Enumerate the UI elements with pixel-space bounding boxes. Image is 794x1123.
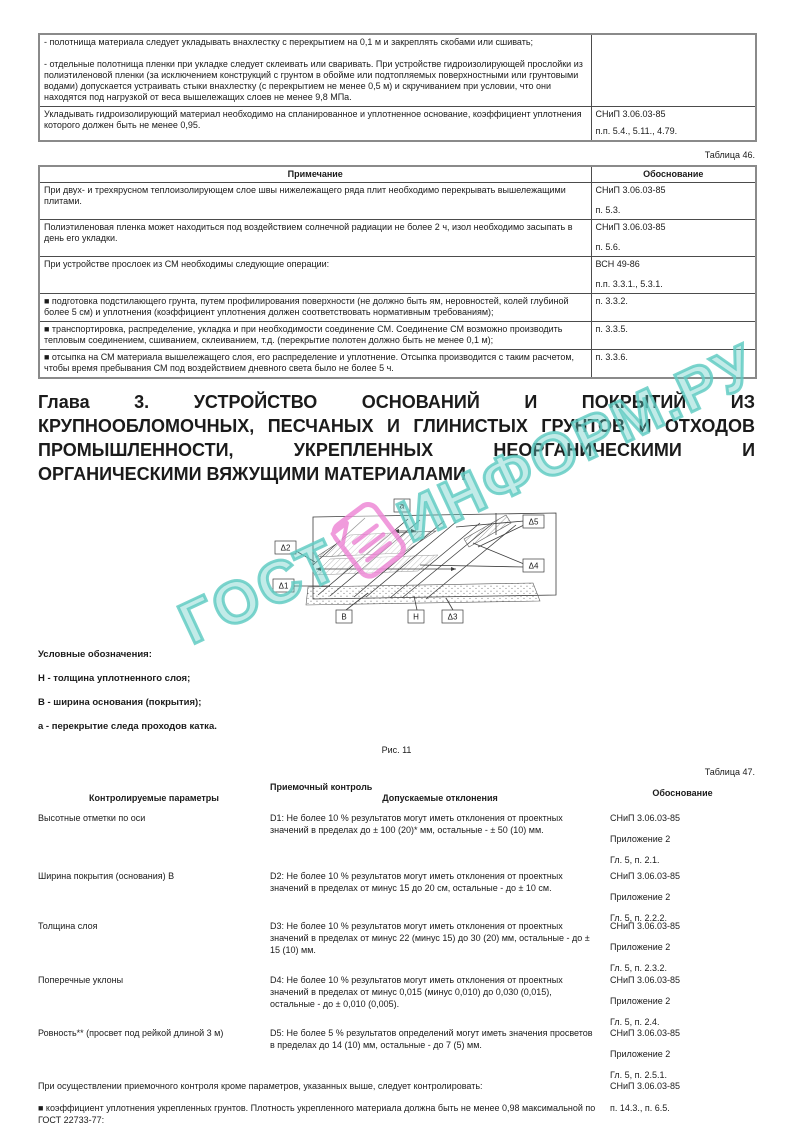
- basis-text: СНиП 3.06.03-85: [596, 222, 752, 233]
- legend-line: Н - толщина уплотненного слоя;: [38, 673, 755, 684]
- deviation-cell: D1: Не более 10 % результатов могут имет…: [270, 812, 610, 875]
- table-row: Полиэтиленовая пленка может находиться п…: [39, 220, 756, 257]
- basis-text: СНиП 3.06.03-85: [596, 109, 752, 120]
- column-header-group: Приемочный контроль: [270, 782, 610, 792]
- table-row: Поперечные уклоны D4: Не более 10 % резу…: [38, 974, 755, 1027]
- basis-text: Приложение 2: [610, 995, 741, 1007]
- basis-text: СНиП 3.06.03-85: [596, 185, 752, 196]
- diagram-label-h: Н: [408, 610, 424, 623]
- legend-line: Условные обозначения:: [38, 649, 755, 660]
- chapter-heading-line: КРУПНООБЛОМОЧНЫХ, ПЕСЧАНЫХ И ГЛИНИСТЫХ Г…: [38, 414, 755, 438]
- chapter-heading-line: Глава 3. УСТРОЙСТВО ОСНОВАНИЙ И ПОКРЫТИЙ…: [38, 390, 755, 414]
- basis-text: СНиП 3.06.03-85: [610, 1027, 741, 1039]
- table-46: Примечание Обоснование При двух- и трехя…: [38, 165, 757, 379]
- note-cell: ■ подготовка подстилающего грунта, путем…: [39, 294, 591, 322]
- table-row: Ровность** (просвет под рейкой длиной 3 …: [38, 1027, 755, 1080]
- table-row: ■ коэффициент уплотнения укрепленных гру…: [38, 1102, 755, 1123]
- bullet-text: ■ коэффициент уплотнения укрепленных гру…: [38, 1102, 610, 1123]
- basis-cell: п. 3.3.2.: [591, 294, 756, 322]
- table-row: - полотнища материала следует укладывать…: [39, 34, 756, 107]
- table-47: Контролируемые параметры Приемочный конт…: [38, 782, 755, 1123]
- table46-caption: Таблица 46.: [38, 150, 755, 160]
- figure-caption: Рис. 11: [38, 745, 755, 755]
- basis-cell: ВСН 49-86 п.п. 3.3.1., 5.3.1.: [591, 257, 756, 294]
- basis-text: Приложение 2: [610, 833, 741, 845]
- diagram-label-d2: Δ2: [275, 541, 296, 554]
- basis-text: п. 5.6.: [596, 242, 752, 253]
- table-row: ■ отсыпка на СМ материала вышележащего с…: [39, 350, 756, 379]
- table-row: При осуществлении приемочного контроля к…: [38, 1080, 755, 1102]
- basis-text: п. 5.3.: [596, 205, 752, 216]
- note-cell: ■ отсыпка на СМ материала вышележащего с…: [39, 350, 591, 379]
- column-header-basis: Обоснование: [610, 788, 755, 798]
- basis-text: СНиП 3.06.03-85: [610, 920, 741, 932]
- basis-cell: СНиП 3.06.03-85 п. 5.6.: [591, 220, 756, 257]
- svg-text:Δ5: Δ5: [529, 518, 539, 527]
- note-cell: ■ транспортировка, распределение, укладк…: [39, 322, 591, 350]
- note-text: Укладывать гидроизолирующий материал нео…: [44, 109, 587, 131]
- note-cell: При устройстве прослоек из СМ необходимы…: [39, 257, 591, 294]
- basis-text: п.п. 3.3.1., 5.3.1.: [596, 279, 752, 290]
- footer-text: При осуществлении приемочного контроля к…: [38, 1080, 610, 1102]
- basis-text: Приложение 2: [610, 891, 741, 903]
- table-47-header: Контролируемые параметры Приемочный конт…: [38, 782, 755, 803]
- table-header-row: Примечание Обоснование: [39, 166, 756, 183]
- document-page: - полотнища материала следует укладывать…: [0, 0, 794, 1123]
- legend-line: а - перекрытие следа проходов катка.: [38, 721, 755, 732]
- table-row: Укладывать гидроизолирующий материал нео…: [39, 107, 756, 142]
- figure-legend: Условные обозначения: Н - толщина уплотн…: [38, 649, 755, 732]
- table-row: Ширина покрытия (основания) В D2: Не бол…: [38, 870, 755, 920]
- figure-11-diagram: а Δ5 Δ2 Δ4 Δ1: [38, 493, 755, 645]
- basis-cell: СНиП 3.06.03-85 п.п. 5.4., 5.11., 4.79.: [591, 107, 756, 142]
- column-header-note: Примечание: [39, 166, 591, 183]
- svg-text:Δ4: Δ4: [529, 562, 539, 571]
- chapter-heading-line: ОРГАНИЧЕСКИМИ ВЯЖУЩИМИ МАТЕРИАЛАМИ: [38, 462, 755, 486]
- note-text: - полотнища материала следует укладывать…: [44, 37, 587, 48]
- diagram-label-d4: Δ4: [523, 559, 544, 572]
- basis-cell: п. 3.3.5.: [591, 322, 756, 350]
- table47-caption: Таблица 47.: [38, 767, 755, 777]
- basis-cell: п. 3.3.6.: [591, 350, 756, 379]
- svg-text:Δ2: Δ2: [281, 544, 291, 553]
- diagram-label-b: В: [336, 610, 352, 623]
- table-row: Высотные отметки по оси D1: Не более 10 …: [38, 812, 755, 870]
- note-cell: При двух- и трехярусном теплоизолирующем…: [39, 183, 591, 220]
- basis-text: Гл. 5, п. 2.3.2.: [610, 962, 741, 974]
- diagram-label-d1: Δ1: [273, 579, 294, 592]
- basis-text: ВСН 49-86: [596, 259, 752, 270]
- basis-cell: СНиП 3.06.03-85 Приложение 2 Гл. 5, п. 2…: [610, 812, 755, 875]
- basis-cell: СНиП 3.06.03-85: [610, 1080, 755, 1102]
- svg-text:Н: Н: [413, 613, 419, 622]
- basis-text: СНиП 3.06.03-85: [610, 812, 741, 824]
- basis-text: Приложение 2: [610, 941, 741, 953]
- basis-text: Гл. 5, п. 2.1.: [610, 854, 741, 866]
- note-cell: - полотнища материала следует укладывать…: [39, 34, 591, 107]
- chapter-heading-line: ПРОМЫШЛЕННОСТИ, УКРЕПЛЕННЫХ НЕОРГАНИЧЕСК…: [38, 438, 755, 462]
- basis-cell: СНиП 3.06.03-85 п. 5.3.: [591, 183, 756, 220]
- table-row: При двух- и трехярусном теплоизолирующем…: [39, 183, 756, 220]
- continued-table: - полотнища материала следует укладывать…: [38, 33, 757, 142]
- diagram-label-a: а: [394, 499, 410, 512]
- basis-text: Приложение 2: [610, 1048, 741, 1060]
- table-row: Толщина слоя D3: Не более 10 % результат…: [38, 920, 755, 974]
- legend-line: В - ширина основания (покрытия);: [38, 697, 755, 708]
- basis-text: СНиП 3.06.03-85: [610, 974, 741, 986]
- note-cell: Укладывать гидроизолирующий материал нео…: [39, 107, 591, 142]
- note-text: - отдельные полотнища пленки при укладке…: [44, 59, 587, 103]
- basis-cell: [591, 34, 756, 107]
- param-cell: Высотные отметки по оси: [38, 812, 270, 875]
- table-row: При устройстве прослоек из СМ необходимы…: [39, 257, 756, 294]
- svg-text:Δ1: Δ1: [279, 582, 289, 591]
- road-layers-sketch: а Δ5 Δ2 Δ4 Δ1: [268, 495, 568, 645]
- svg-text:а: а: [400, 502, 405, 511]
- basis-text: п.п. 5.4., 5.11., 4.79.: [596, 126, 752, 137]
- basis-cell: п. 14.3., п. 6.5.: [610, 1102, 755, 1123]
- table-row: ■ транспортировка, распределение, укладк…: [39, 322, 756, 350]
- table-row: ■ подготовка подстилающего грунта, путем…: [39, 294, 756, 322]
- column-header-deviations: Допускаемые отклонения: [270, 793, 610, 803]
- diagram-label-d5: Δ5: [523, 515, 544, 528]
- column-header-params: Контролируемые параметры: [38, 793, 270, 803]
- chapter-heading: Глава 3. УСТРОЙСТВО ОСНОВАНИЙ И ПОКРЫТИЙ…: [38, 390, 755, 486]
- diagram-label-d3: Δ3: [442, 610, 463, 623]
- note-cell: Полиэтиленовая пленка может находиться п…: [39, 220, 591, 257]
- svg-text:Δ3: Δ3: [448, 613, 458, 622]
- svg-text:В: В: [341, 613, 346, 622]
- basis-text: СНиП 3.06.03-85: [610, 870, 741, 882]
- column-header-basis: Обоснование: [591, 166, 756, 183]
